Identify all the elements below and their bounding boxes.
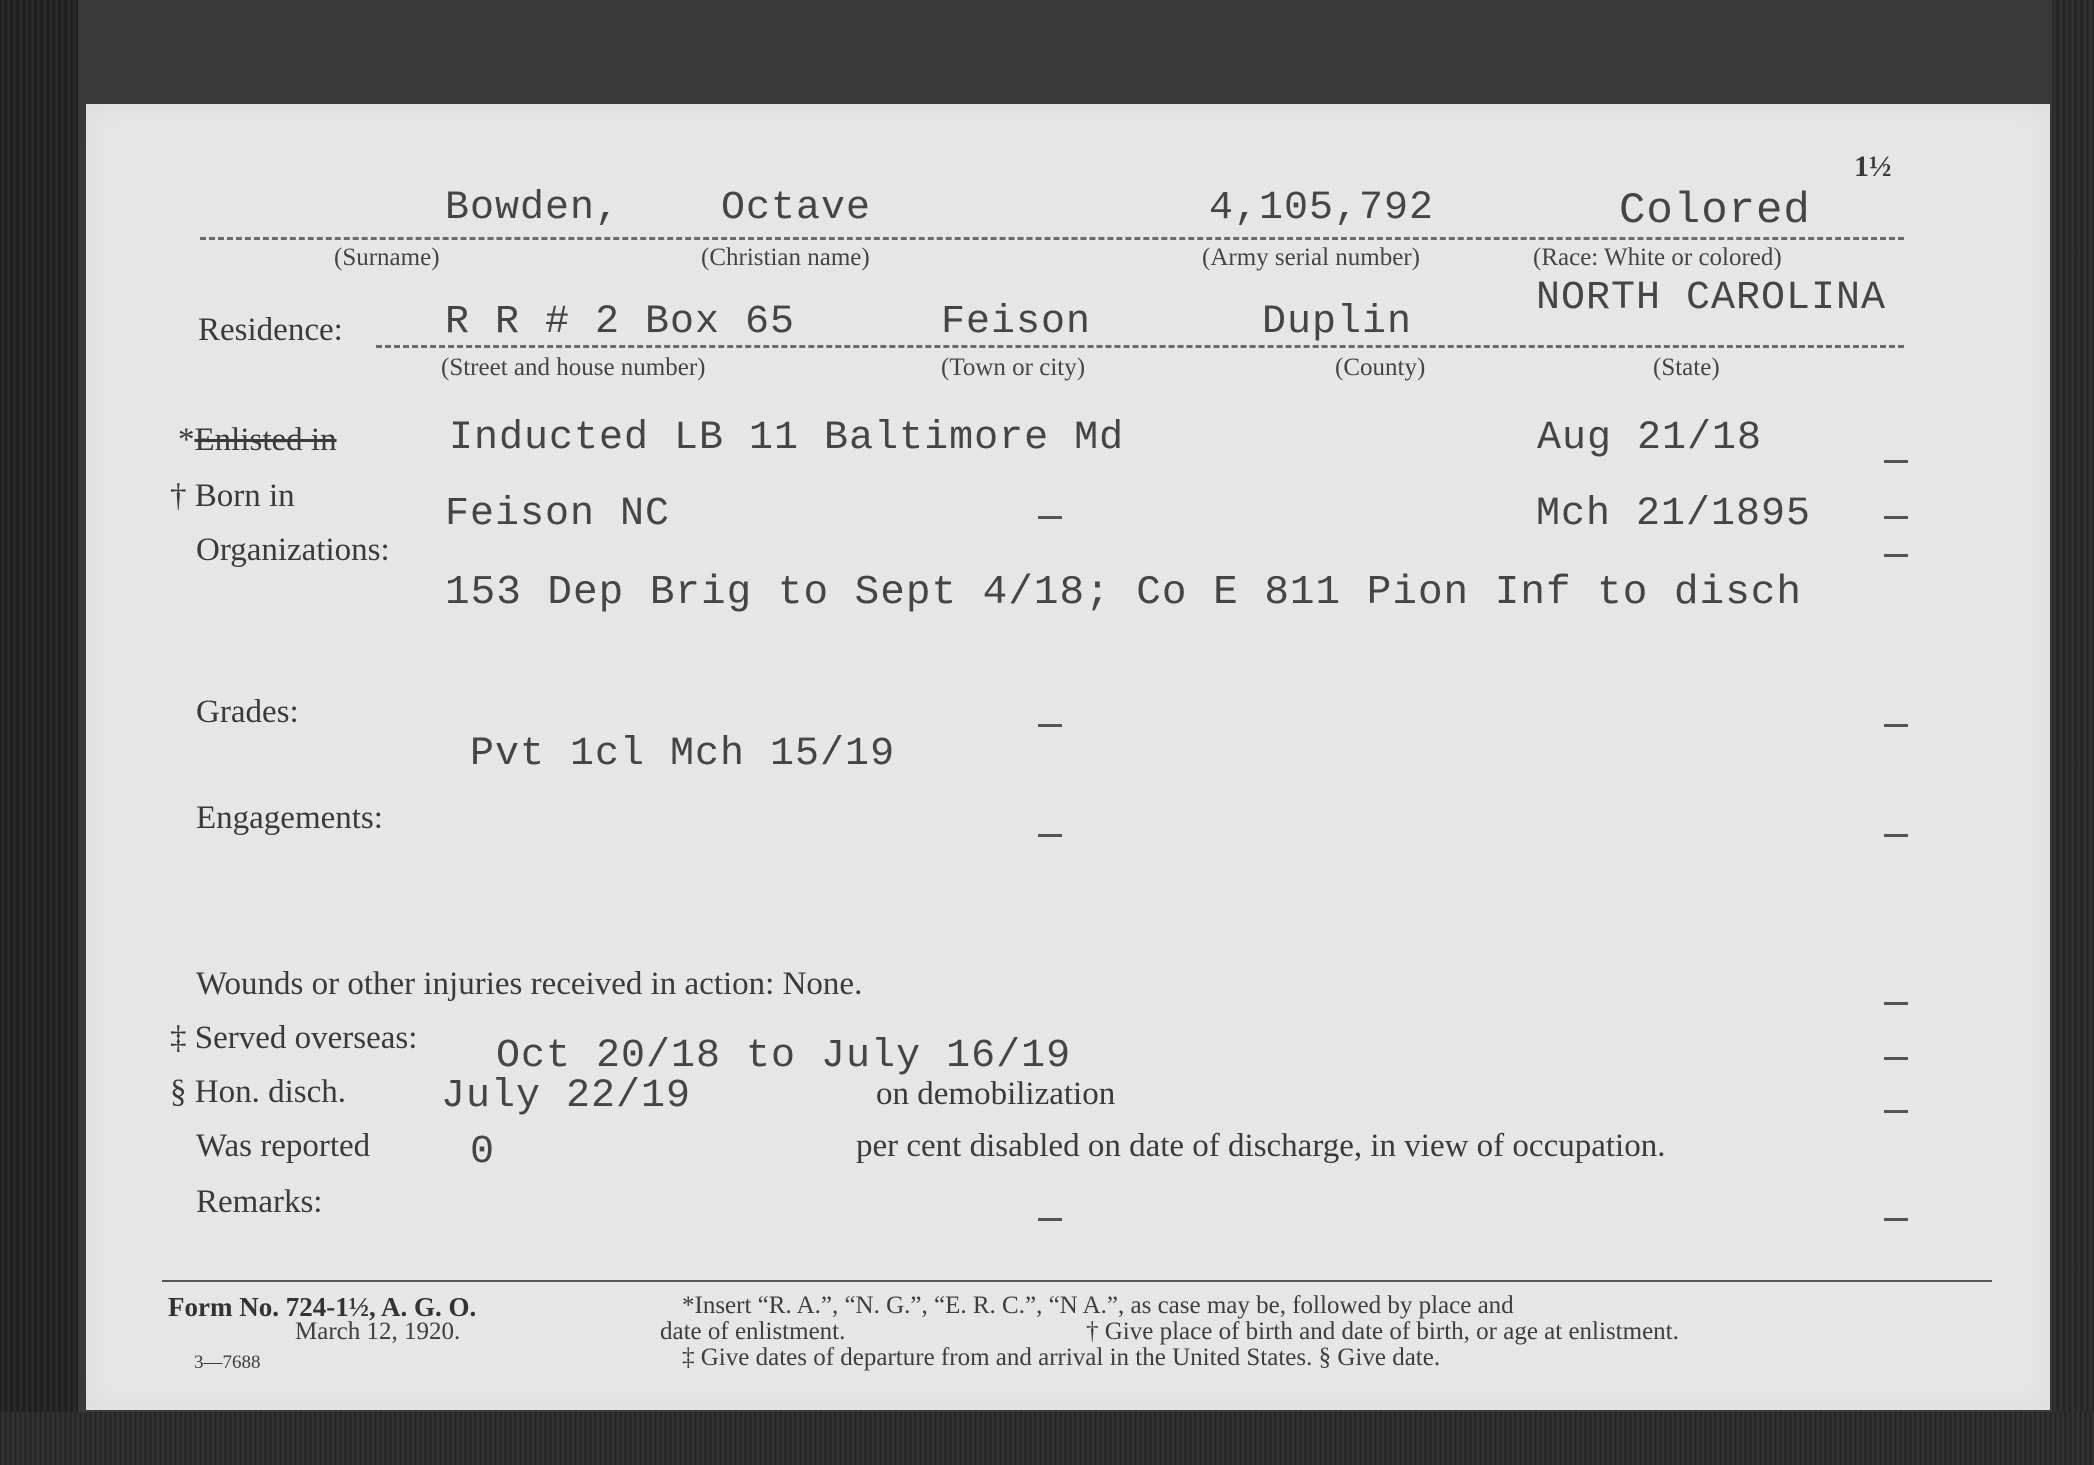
wounds-value: None. (783, 966, 863, 1002)
footnote-line-2b: † Give place of birth and date of birth,… (1086, 1318, 1679, 1346)
footer-rule (162, 1280, 1992, 1282)
born-date-value: Mch 21/1895 (1536, 492, 1811, 537)
street-label: (Street and house number) (441, 354, 706, 382)
residence-line (376, 345, 1904, 348)
name-line (200, 237, 1904, 240)
remarks-label: Remarks: (196, 1184, 322, 1221)
county-label: (County) (1335, 354, 1425, 382)
overseas-label: ‡ Served overseas: (170, 1020, 417, 1057)
overseas-end-dash (1884, 1057, 1908, 1060)
footnote-line-2a: date of enlistment. (660, 1318, 845, 1346)
enlisted-end-dash (1884, 460, 1908, 463)
grades-value: Pvt 1cl Mch 15/19 (470, 732, 895, 777)
grades-label: Grades: (196, 694, 299, 731)
organizations-label: Organizations: (196, 532, 390, 569)
serial-number-value: 4,105,792 (1209, 186, 1434, 231)
residence-label: Residence: (198, 312, 343, 349)
enlisted-date-value: Aug 21/18 (1537, 416, 1762, 461)
surname-value: Bowden, (445, 186, 620, 231)
corner-mark: 1½ (1854, 150, 1892, 184)
enlisted-label: *Enlisted in (178, 422, 337, 459)
footnote-line-3: ‡ Give dates of departure from and arriv… (682, 1344, 1440, 1372)
wounds-label: Wounds or other injuries received in act… (196, 966, 862, 1003)
disability-text: per cent disabled on date of discharge, … (856, 1128, 1665, 1165)
engagements-mid-dash (1038, 834, 1062, 837)
grades-end-dash (1884, 724, 1908, 727)
born-label: † Born in (170, 478, 295, 515)
discharge-end-dash (1884, 1110, 1908, 1113)
asterisk-mark: * (178, 422, 195, 458)
overseas-value: Oct 20/18 to July 16/19 (496, 1034, 1071, 1079)
surname-label: (Surname) (334, 244, 440, 272)
race-value: Colored (1619, 186, 1811, 236)
disability-label: Was reported (196, 1128, 370, 1165)
serial-number-label: (Army serial number) (1202, 244, 1420, 272)
town-value: Feison (941, 300, 1091, 345)
scan-border-left (0, 0, 78, 1465)
enlisted-label-text: Enlisted in (195, 422, 337, 458)
engagements-end-dash (1884, 834, 1908, 837)
organizations-value: 153 Dep Brig to Sept 4/18; Co E 811 Pion… (445, 570, 1802, 616)
form-date: March 12, 1920. (295, 1318, 460, 1346)
organizations-end-dash (1884, 554, 1908, 557)
discharge-date-value: July 22/19 (441, 1074, 691, 1119)
christian-name-label: (Christian name) (701, 244, 870, 272)
discharge-label: § Hon. disch. (170, 1074, 346, 1111)
enlisted-place-value: Inducted LB 11 Baltimore Md (449, 416, 1124, 461)
street-value: R R # 2 Box 65 (445, 300, 795, 345)
disability-percent-value: 0 (470, 1130, 495, 1175)
town-label: (Town or city) (941, 354, 1085, 382)
race-label: (Race: White or colored) (1533, 244, 1782, 272)
state-label: (State) (1653, 354, 1720, 382)
born-place-value: Feison NC (445, 492, 670, 537)
scan-border-bottom (0, 1412, 2094, 1465)
print-code: 3—7688 (194, 1352, 261, 1374)
wounds-end-dash (1884, 1002, 1908, 1005)
county-value: Duplin (1262, 300, 1412, 345)
born-mid-dash (1038, 516, 1062, 519)
wounds-label-text: Wounds or other injuries received in act… (196, 966, 774, 1002)
christian-name-value: Octave (721, 186, 871, 231)
discharge-reason: on demobilization (876, 1076, 1115, 1113)
grades-mid-dash (1038, 724, 1062, 727)
engagements-label: Engagements: (196, 800, 383, 837)
service-record-card: 1½ Bowden, Octave 4,105,792 Colored (Sur… (86, 104, 2050, 1410)
remarks-end-dash (1884, 1218, 1908, 1221)
state-value: NORTH CAROLINA (1536, 276, 1886, 321)
scan-border-right (2052, 0, 2094, 1465)
footnote-line-1: *Insert “R. A.”, “N. G.”, “E. R. C.”, “N… (682, 1292, 1514, 1320)
remarks-mid-dash (1038, 1218, 1062, 1221)
born-end-dash (1884, 516, 1908, 519)
